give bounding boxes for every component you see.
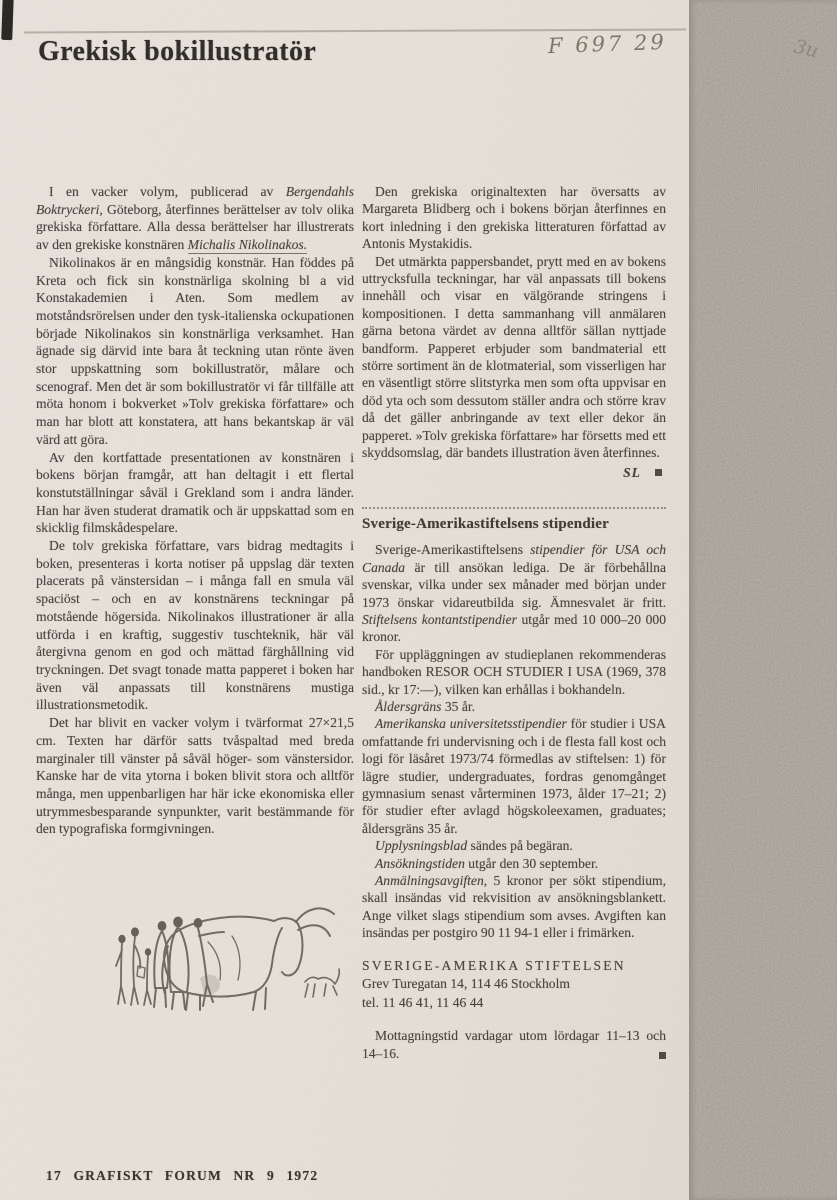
paragraph: Anmälningsavgiften, 5 kronor per sökt st… [362,872,666,942]
signature-line: SL [362,464,666,481]
office-hours: Mottagningstid vardagar utom lördagar 11… [362,1027,666,1062]
paragraph: De tolv grekiska författare, vars bidrag… [36,537,354,714]
paragraph: För uppläggningen av studieplanen rekomm… [362,646,666,698]
stipend-section: Sverige-Amerikastiftelsens stipendier Sv… [362,507,666,1062]
section-heading: Sverige-Amerikastiftelsens stipendier [362,516,666,533]
paragraph: Upplysningsblad sändes på begäran. [362,837,666,854]
paragraph: Nikolinakos är en mångsidig konstnär. Ha… [36,254,354,449]
paragraph: Amerikanska universitetsstipendier för s… [362,715,666,837]
end-mark-square-icon [659,1052,666,1059]
address-block: SVERIGE-AMERIKA STIFTELSEN Grev Turegata… [362,957,666,1013]
article-title: Grekisk bokillustratör [38,36,316,68]
page-footer: 17 GRAFISKT FORUM NR 9 1972 [46,1168,318,1184]
paragraph: Åldersgräns 35 år. [362,698,666,715]
paragraph: Ansökningstiden utgår den 30 september. [362,855,666,872]
scanner-edge-band: 3u [689,0,837,1200]
right-column: Den grekiska originaltexten har översatt… [362,183,666,1062]
paragraph: Den grekiska originaltexten har översatt… [362,183,666,253]
paragraph: Av den kortfattade presentationen av kon… [36,449,354,538]
paragraph: I en vacker volym, publicerad av Bergend… [36,183,354,254]
ink-sketch-people-and-bull-illustration [108,892,348,1014]
left-column: I en vacker volym, publicerad av Bergend… [36,183,354,1014]
paragraph: Det har blivit en vacker volym i tvärfor… [36,714,354,838]
paragraph: Sverige-Amerikastiftelsens stipendier fö… [362,541,666,645]
signature-initials: SL [623,464,641,481]
scan-corner-mark [1,0,14,40]
org-phone: tel. 11 46 41, 11 46 44 [362,994,666,1013]
org-address: Grev Turegatan 14, 114 46 Stockholm [362,975,666,994]
paragraph: Det utmärkta pappersbandet, prytt med en… [362,253,666,462]
end-mark-square-icon [655,469,662,476]
org-name: SVERIGE-AMERIKA STIFTELSEN [362,957,666,976]
scanner-grain-texture [689,0,837,1200]
scanned-page: Grekisk bokillustratör F 697 29 I en vac… [0,0,837,1200]
shelf-mark-handwriting: F 697 29 [548,30,667,58]
